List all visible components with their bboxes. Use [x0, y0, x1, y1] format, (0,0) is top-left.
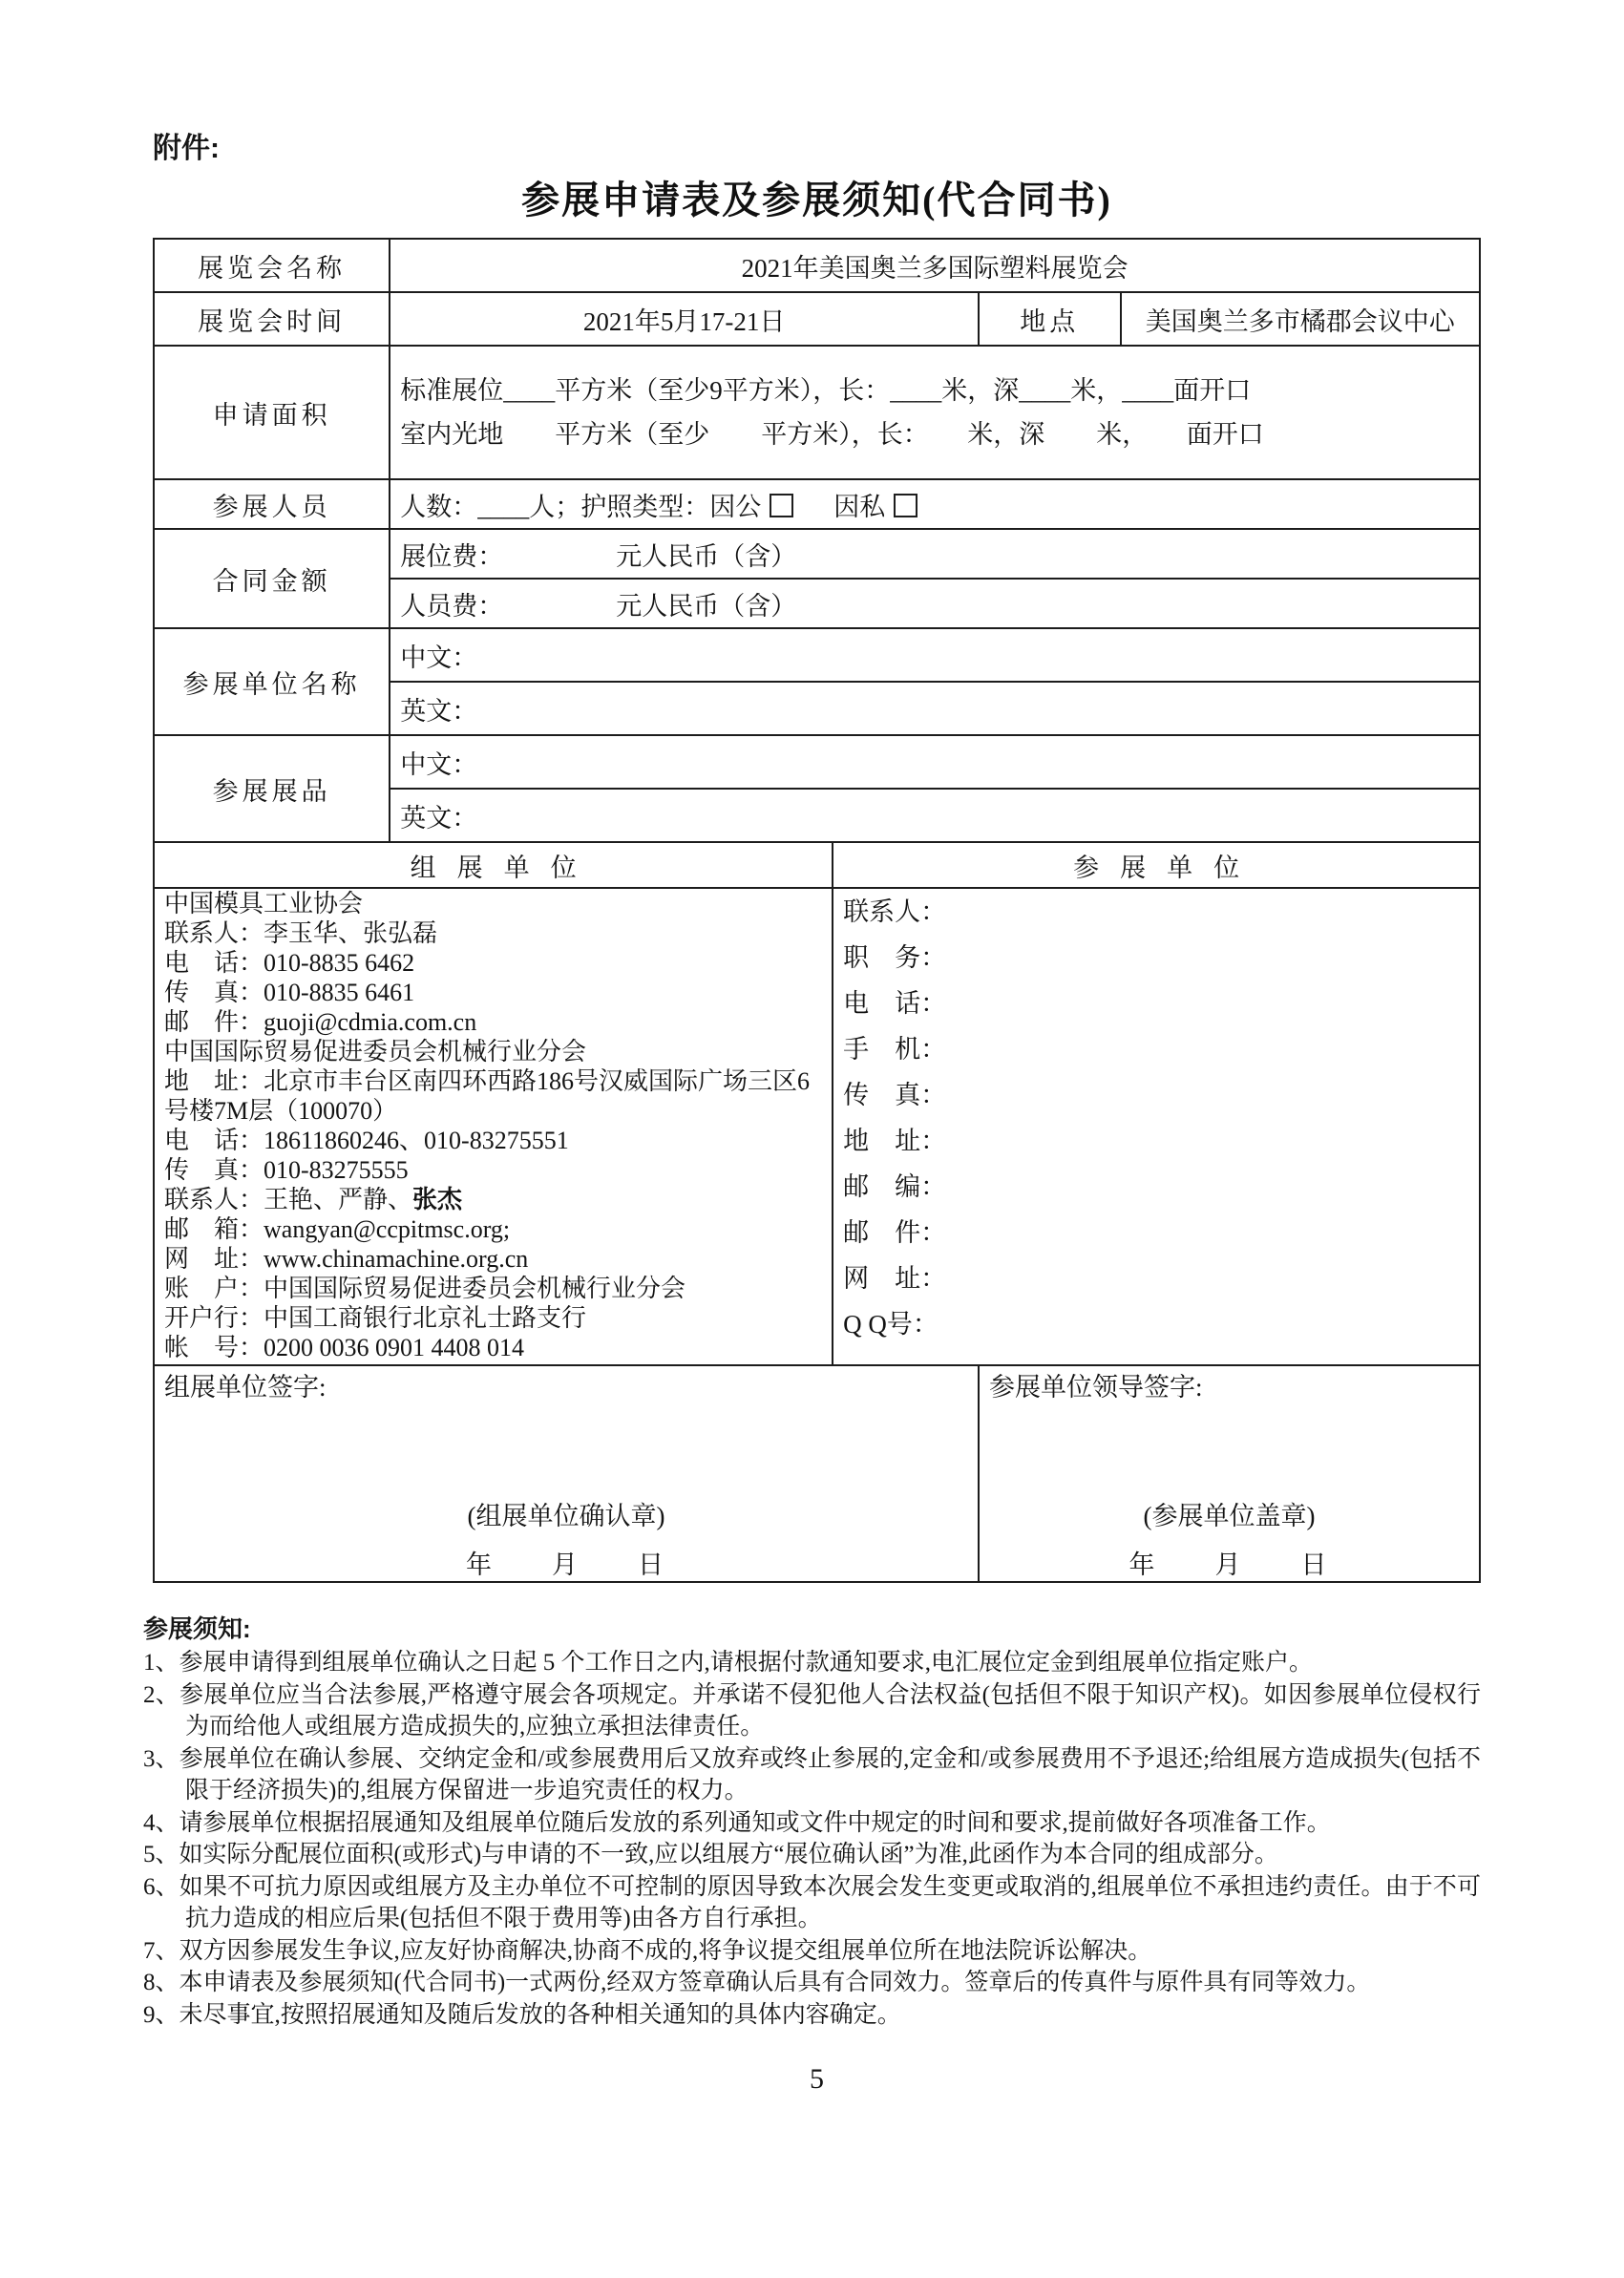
exhibitor-website-field: 网 址： [843, 1255, 1469, 1301]
location-value: 美国奥兰多市橘郡会议中心 [1121, 292, 1480, 346]
checkbox-official-passport[interactable] [770, 494, 793, 517]
applied-area-label: 申请面积 [154, 346, 390, 479]
person-fee-cell: 人员费：元人民币（含） [390, 579, 1480, 628]
exhibits-label: 参展展品 [154, 735, 390, 842]
row-personnel: 参展人员 人数：____人；护照类型：因公因私 [154, 479, 1480, 529]
note-text: 未尽事宜,按照招展通知及随后发放的各种相关通知的具体内容确定。 [179, 2002, 901, 2028]
note-text: 参展单位应当合法参展,严格遵守展会各项规定。并承诺不侵犯他人合法权益(包括但不限… [179, 1682, 1481, 1740]
exhibition-time-label: 展览会时间 [154, 292, 390, 346]
note-item-2: 2、参展单位应当合法参展,严格遵守展会各项规定。并承诺不侵犯他人合法权益(包括但… [143, 1679, 1481, 1743]
notes-section: 参展须知: 1、参展申请得到组展单位确认之日起 5 个工作日之内,请根据付款通知… [143, 1610, 1481, 2031]
application-form-table: 展览会名称 2021年美国奥兰多国际塑料展览会 展览会时间 2021年5月17-… [153, 238, 1481, 843]
personnel-label: 参展人员 [154, 479, 390, 529]
area-raw-space-line: 室内光地 平方米（至少 平方米），长： 米，深 米， 面开口 [400, 412, 1469, 456]
booth-fee-unit: 元人民币（含） [616, 542, 796, 571]
exhibitor-email-field: 邮 件： [843, 1210, 1469, 1255]
exhibitor-fax-field: 传 真： [843, 1072, 1469, 1118]
co-organizer-fax: 传 真：010-83275555 [164, 1155, 822, 1185]
contacts-table: 组展单位 参展单位 中国模具工业协会 联系人：李玉华、张弘磊 电 话：010-8… [153, 841, 1481, 1366]
attachment-label: 附件: [153, 124, 1481, 166]
exhibitor-position-field: 职 务： [843, 935, 1469, 981]
note-item-6: 6、如果不可抗力原因或组展方及主办单位不可控制的原因导致本次展会发生变更或取消的… [143, 1871, 1481, 1935]
unit-name-label: 参展单位名称 [154, 628, 390, 735]
person-fee-unit: 元人民币（含） [616, 592, 796, 621]
signature-table: 组展单位签字: (组展单位确认章) 年 月 日 参展单位领导签字: (参展单位盖… [153, 1364, 1481, 1583]
exhibitor-signature-label: 参展单位领导签字: [989, 1366, 1469, 1403]
personnel-count-text: 人数：____人；护照类型： [400, 493, 709, 521]
unit-name-en-field: 英文： [390, 682, 1480, 735]
document-page: 附件: 参展申请表及参展须知(代合同书) 展览会名称 2021年美国奥兰多国际塑… [0, 0, 1624, 2278]
note-number: 6、 [143, 1874, 179, 1900]
note-item-4: 4、请参展单位根据招展通知及组展单位随后发放的系列通知或文件中规定的时间和要求,… [143, 1807, 1481, 1840]
note-text: 请参展单位根据招展通知及组展单位随后发放的系列通知或文件中规定的时间和要求,提前… [179, 1810, 1331, 1836]
co-organizer-website: 网 址：www.chinamachine.org.cn [164, 1244, 822, 1274]
exhibitor-phone-field: 电 话： [843, 981, 1469, 1026]
exhibitor-seal-label: (参展单位盖章) [989, 1495, 1469, 1532]
signature-row: 组展单位签字: (组展单位确认章) 年 月 日 参展单位领导签字: (参展单位盖… [154, 1365, 1480, 1582]
booth-fee-label: 展位费： [400, 542, 503, 571]
co-organizer-account-name: 账 户：中国国际贸易促进委员会机械行业分会 [164, 1274, 822, 1303]
exhibitor-address-field: 地 址： [843, 1118, 1469, 1164]
contacts-content-row: 中国模具工业协会 联系人：李玉华、张弘磊 电 话：010-8835 6462 传… [154, 888, 1480, 1365]
page-number: 5 [153, 2063, 1481, 2096]
passport-private-label: 因私 [833, 493, 885, 521]
row-exhibition-name: 展览会名称 2021年美国奥兰多国际塑料展览会 [154, 239, 1480, 292]
note-number: 5、 [143, 1842, 179, 1867]
note-number: 3、 [143, 1746, 179, 1772]
co-organizer-address: 地 址：北京市丰台区南四环西路186号汉威国际广场三区6号楼7M层（100070… [164, 1066, 822, 1126]
exhibition-name-label: 展览会名称 [154, 239, 390, 292]
note-item-9: 9、未尽事宜,按照招展通知及随后发放的各种相关通知的具体内容确定。 [143, 1999, 1481, 2032]
co-organizer-contacts: 联系人：王艳、严静、张杰 [164, 1185, 822, 1214]
note-text: 参展申请得到组展单位确认之日起 5 个工作日之内,请根据付款通知要求,电汇展位定… [179, 1650, 1314, 1676]
co-organizer-contacts-prefix: 联系人：王艳、严静、 [164, 1186, 412, 1213]
note-text: 双方因参展发生争议,应友好协商解决,协商不成的,将争议提交组展单位所在地法院诉讼… [179, 1938, 1152, 1964]
co-organizer-phone: 电 话：18611860246、010-83275551 [164, 1126, 822, 1155]
exhibition-name-value: 2021年美国奥兰多国际塑料展览会 [390, 239, 1480, 292]
area-standard-booth-line: 标准展位____平方米（至少9平方米），长：____米，深____米，____面… [400, 369, 1469, 412]
passport-official-label: 因公 [709, 493, 761, 521]
co-organizer-bank: 开户行：中国工商银行北京礼士路支行 [164, 1303, 822, 1333]
organizer-phone1: 电 话：010-8835 6462 [164, 948, 822, 978]
applied-area-value: 标准展位____平方米（至少9平方米），长：____米，深____米，____面… [390, 346, 1480, 479]
organizer-header: 组展单位 [154, 842, 833, 888]
note-number: 9、 [143, 2002, 179, 2028]
checkbox-private-passport[interactable] [894, 494, 917, 517]
organizer-info-cell: 中国模具工业协会 联系人：李玉华、张弘磊 电 话：010-8835 6462 传… [154, 888, 833, 1365]
exhibitor-mobile-field: 手 机： [843, 1026, 1469, 1072]
exhibition-time-value: 2021年5月17-21日 [390, 292, 979, 346]
contract-amount-label: 合同金额 [154, 529, 390, 628]
exhibitor-date-line: 年 月 日 [989, 1544, 1469, 1581]
row-exhibition-time: 展览会时间 2021年5月17-21日 地点 美国奥兰多市橘郡会议中心 [154, 292, 1480, 346]
note-text: 本申请表及参展须知(代合同书)一式两份,经双方签章确认后具有合同效力。签章后的传… [179, 1970, 1371, 1995]
note-item-7: 7、双方因参展发生争议,应友好协商解决,协商不成的,将争议提交组展单位所在地法院… [143, 1935, 1481, 1968]
co-organizer-account-number: 帐 号：0200 0036 0901 4408 014 [164, 1333, 822, 1362]
organizer-contact1: 联系人：李玉华、张弘磊 [164, 918, 822, 948]
page-title: 参展申请表及参展须知(代合同书) [153, 170, 1481, 224]
note-text: 如实际分配展位面积(或形式)与申请的不一致,应以组展方“展位确认函”为准,此函作… [179, 1842, 1278, 1867]
exhibitor-qq-field: Q Q号： [843, 1301, 1469, 1347]
contacts-header-row: 组展单位 参展单位 [154, 842, 1480, 888]
person-fee-label: 人员费： [400, 592, 503, 621]
note-item-3: 3、参展单位在确认参展、交纳定金和/或参展费用后又放弃或终止参展的,定金和/或参… [143, 1743, 1481, 1807]
organizer-date-line: 年 月 日 [164, 1544, 968, 1581]
unit-name-cn-field: 中文： [390, 628, 1480, 682]
note-number: 2、 [143, 1682, 179, 1708]
co-organizer-email: 邮 箱：wangyan@ccpitmsc.org; [164, 1214, 822, 1244]
note-item-1: 1、参展申请得到组展单位确认之日起 5 个工作日之内,请根据付款通知要求,电汇展… [143, 1647, 1481, 1679]
exhibitor-contact-field: 联系人： [843, 889, 1469, 935]
personnel-value: 人数：____人；护照类型：因公因私 [390, 479, 1480, 529]
note-number: 8、 [143, 1970, 179, 1995]
exhibits-en-field: 英文： [390, 789, 1480, 842]
organizer-name: 中国模具工业协会 [164, 889, 822, 918]
exhibits-cn-field: 中文： [390, 735, 1480, 789]
organizer-fax1: 传 真：010-8835 6461 [164, 978, 822, 1007]
booth-fee-cell: 展位费：元人民币（含） [390, 529, 1480, 579]
row-exhibits-cn: 参展展品 中文： [154, 735, 1480, 789]
note-number: 1、 [143, 1650, 179, 1676]
exhibitor-zipcode-field: 邮 编： [843, 1164, 1469, 1210]
note-number: 4、 [143, 1810, 179, 1836]
organizer-signature-cell: 组展单位签字: (组展单位确认章) 年 月 日 [154, 1365, 979, 1582]
exhibitor-info-cell: 联系人： 职 务： 电 话： 手 机： 传 真： 地 址： 邮 编： 邮 件： … [833, 888, 1480, 1365]
note-text: 参展单位在确认参展、交纳定金和/或参展费用后又放弃或终止参展的,定金和/或参展费… [179, 1746, 1481, 1804]
notes-heading: 参展须知: [143, 1610, 1481, 1645]
note-text: 如果不可抗力原因或组展方及主办单位不可控制的原因导致本次展会发生变更或取消的,组… [179, 1874, 1481, 1932]
exhibitor-header: 参展单位 [833, 842, 1480, 888]
location-label: 地点 [979, 292, 1121, 346]
row-unit-name-cn: 参展单位名称 中文： [154, 628, 1480, 682]
co-organizer-name: 中国国际贸易促进委员会机械行业分会 [164, 1037, 822, 1066]
note-number: 7、 [143, 1938, 179, 1964]
organizer-seal-label: (组展单位确认章) [164, 1495, 968, 1532]
row-contract-amount-booth: 合同金额 展位费：元人民币（含） [154, 529, 1480, 579]
note-item-5: 5、如实际分配展位面积(或形式)与申请的不一致,应以组展方“展位确认函”为准,此… [143, 1839, 1481, 1871]
organizer-email1: 邮 件：guoji@cdmia.com.cn [164, 1007, 822, 1037]
exhibitor-signature-cell: 参展单位领导签字: (参展单位盖章) 年 月 日 [979, 1365, 1480, 1582]
co-organizer-contact-bold: 张杰 [412, 1185, 462, 1213]
note-item-8: 8、本申请表及参展须知(代合同书)一式两份,经双方签章确认后具有合同效力。签章后… [143, 1967, 1481, 1999]
organizer-signature-label: 组展单位签字: [164, 1366, 968, 1403]
row-applied-area: 申请面积 标准展位____平方米（至少9平方米），长：____米，深____米，… [154, 346, 1480, 479]
